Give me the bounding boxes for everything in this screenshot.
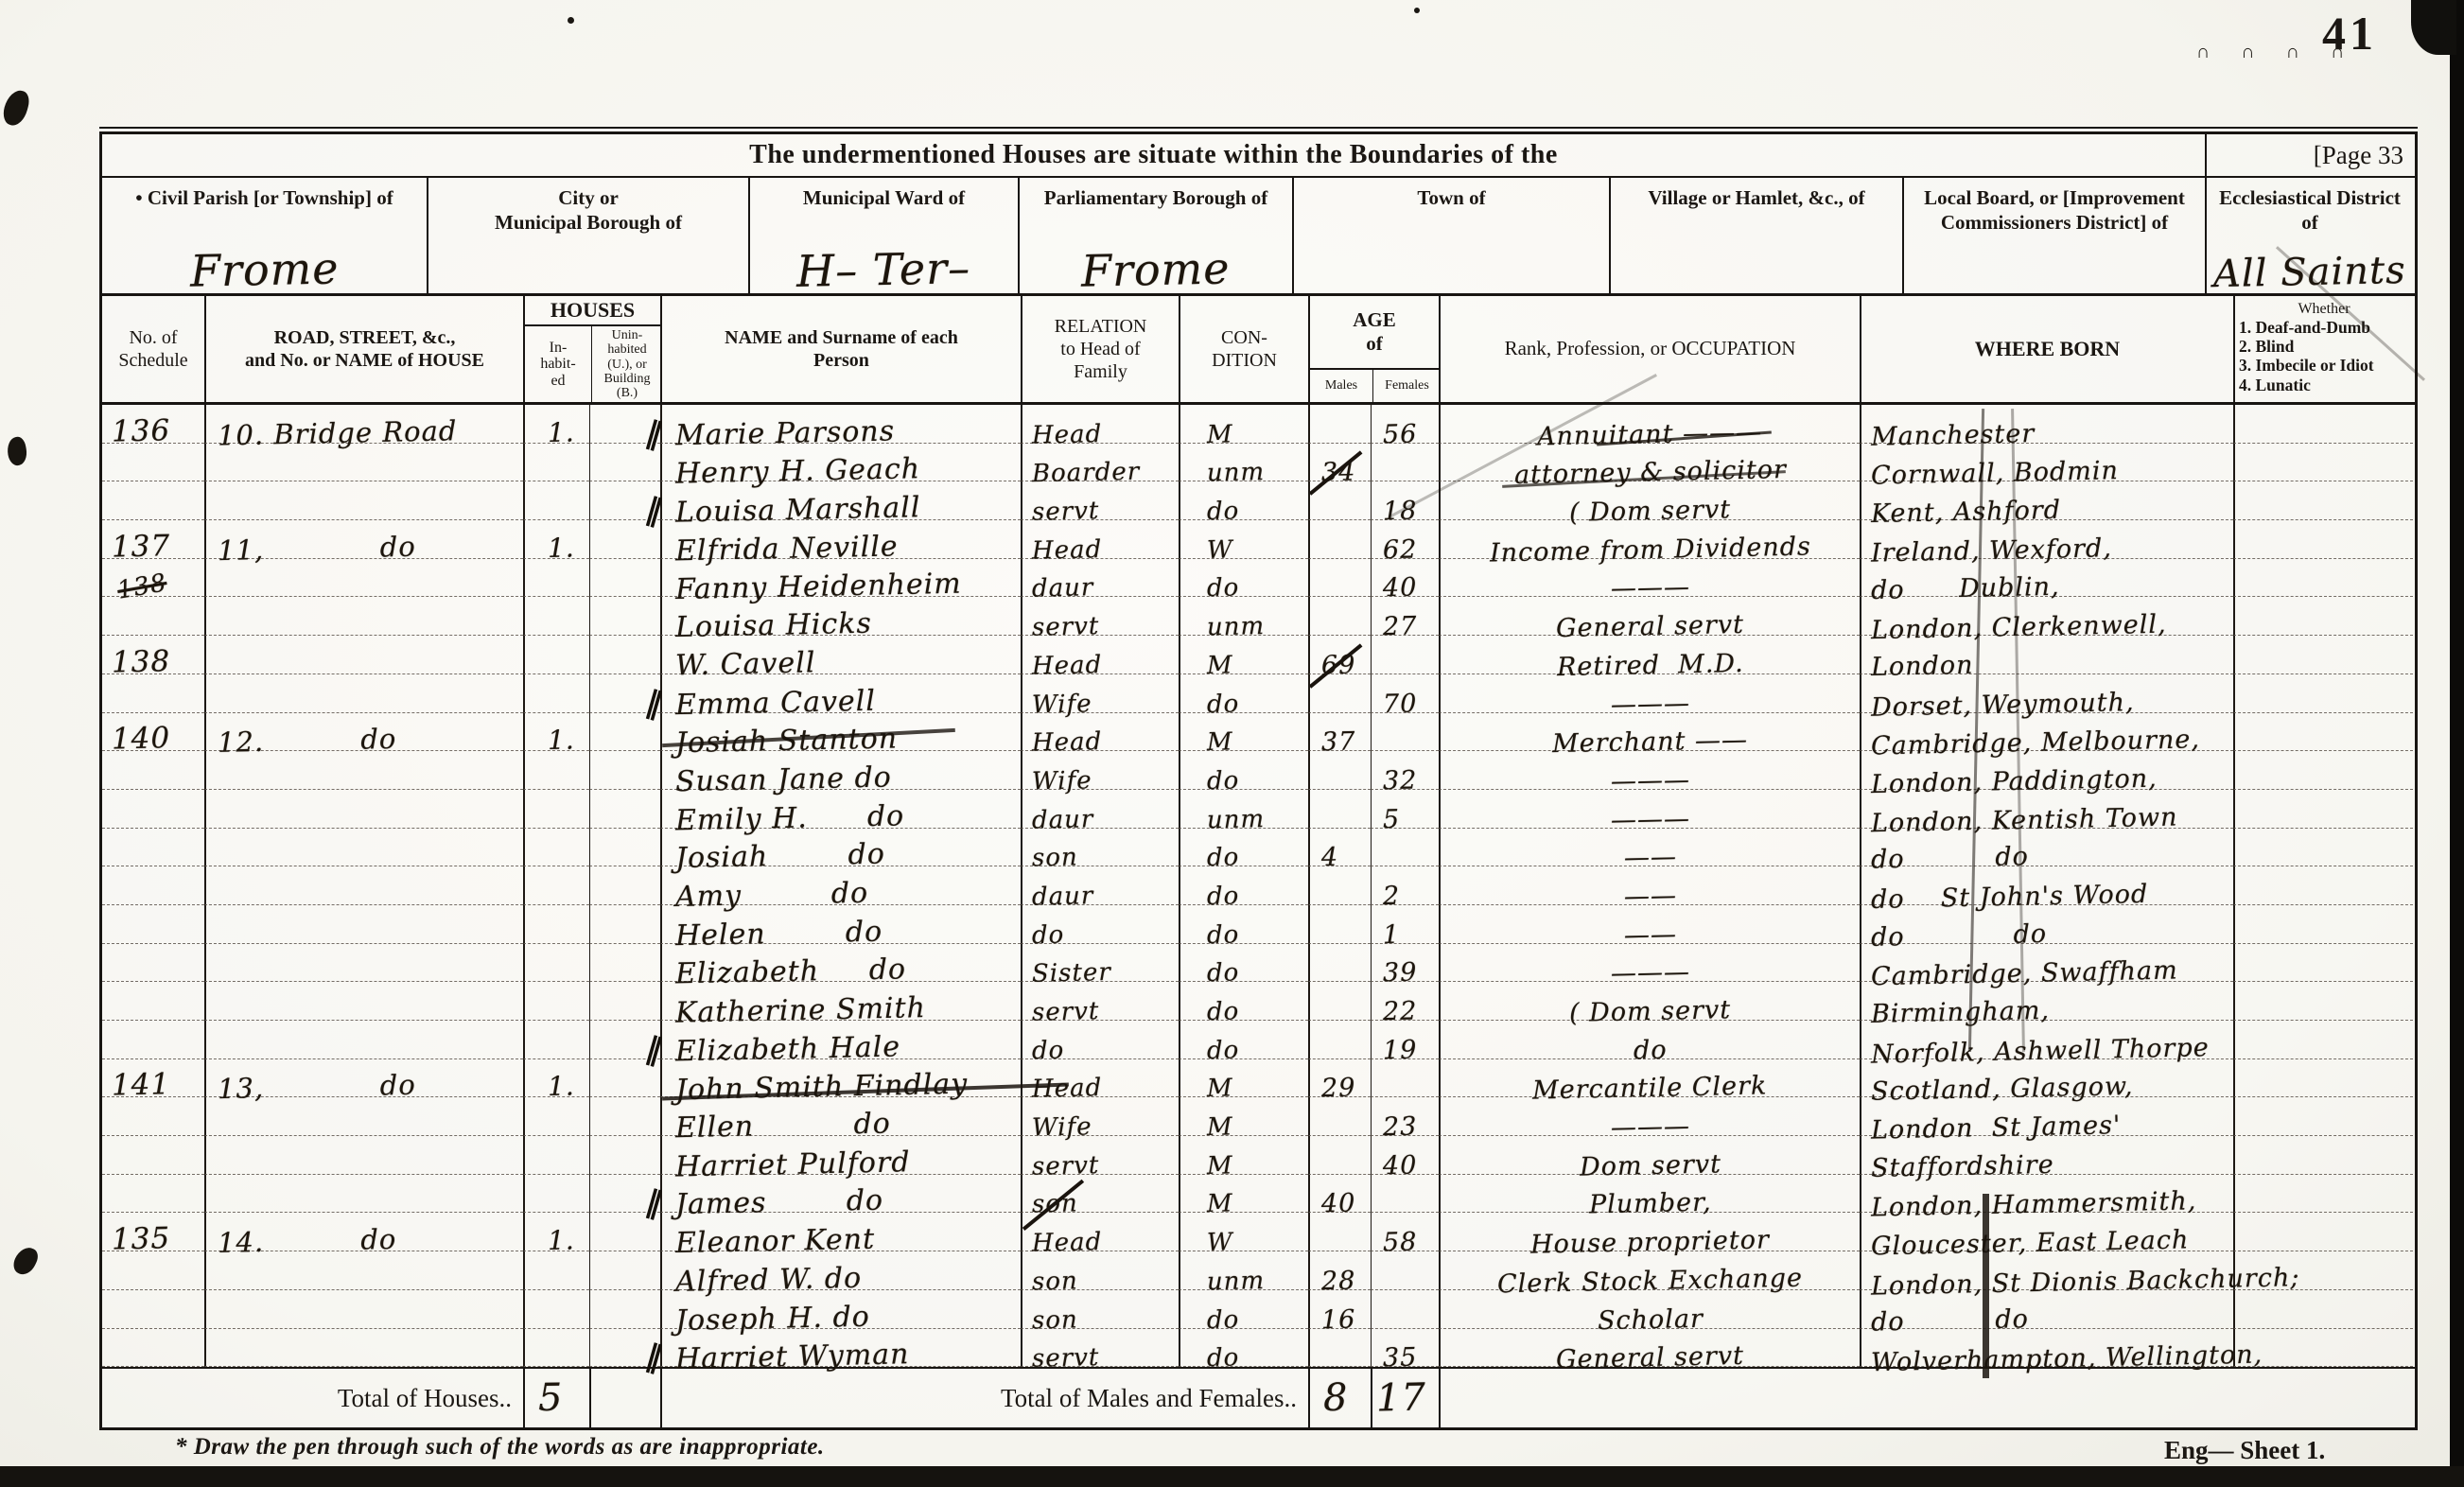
cell-occupation: House proprietor <box>1439 1213 1860 1251</box>
cell-born: Cambridge, Melbourne, <box>1860 713 2233 752</box>
cell-schedule: 135 <box>102 1213 204 1251</box>
cell-infirmity <box>2233 481 2413 520</box>
cell-infirmity <box>2233 1251 2413 1290</box>
cell-born: do St John's Wood <box>1860 866 2233 905</box>
cell-inhabited <box>523 481 589 520</box>
colhead-uninhabited: Unin- habited (U.), or Building (B.) <box>591 326 662 402</box>
scan-speck <box>1414 8 1420 13</box>
cell-schedule <box>102 597 204 636</box>
colhead-occupation: Rank, Profession, or OCCUPATION <box>1439 296 1860 402</box>
cell-age-female: 70 <box>1371 674 1439 713</box>
cell-occupation: Dom servt <box>1439 1136 1860 1175</box>
table-row: 141 13, do 1. John Smith Findlay Head M … <box>102 1059 2415 1098</box>
cell-condition: do <box>1179 751 1308 790</box>
cell-occupation: Plumber, <box>1439 1175 1860 1214</box>
cell-schedule: 140 <box>102 713 204 752</box>
page-label: [Page 33 <box>2205 134 2413 176</box>
cell-inhabited <box>523 790 589 829</box>
cell-age-female: 40 <box>1371 1136 1439 1175</box>
cell-inhabited <box>523 1329 589 1368</box>
cell-age-female: 39 <box>1371 944 1439 983</box>
cell-condition: do <box>1179 481 1308 520</box>
field-label: Town of <box>1294 185 1609 210</box>
infirmity-item: 4. Lunatic <box>2239 376 2311 394</box>
cell-uninhabited <box>589 1251 660 1290</box>
cell-inhabited: 1. <box>523 1213 589 1251</box>
cell-condition: do <box>1179 905 1308 944</box>
cell-age-female <box>1371 1059 1439 1098</box>
cell-occupation: —— <box>1439 866 1860 905</box>
column-headers: No. of Schedule ROAD, STREET, &c., and N… <box>102 296 2415 405</box>
cell-age-male <box>1308 674 1371 713</box>
cell-born: do do <box>1860 905 2233 944</box>
cell-born: Staffordshire <box>1860 1136 2233 1175</box>
totals-rest <box>1439 1369 2413 1427</box>
cell-name: Harriet Pulford <box>660 1136 1021 1175</box>
cell-infirmity <box>2233 829 2413 867</box>
cell-age-male <box>1308 1329 1371 1368</box>
cell-age-female: 32 <box>1371 751 1439 790</box>
total-mf-label: Total of Males and Females.. <box>660 1369 1308 1427</box>
cell-age-male <box>1308 790 1371 829</box>
table-row: Louisa Hicks servt unm 27 General servt … <box>102 597 2415 636</box>
cell-condition: M <box>1179 1175 1308 1214</box>
cell-name: Henry H. Geach <box>660 444 1021 482</box>
cell-road <box>204 982 523 1021</box>
cell-road <box>204 1251 523 1290</box>
cell-relation: Sister <box>1021 944 1179 983</box>
cell-road <box>204 559 523 598</box>
table-row: Henry H. Geach Boarder unm 34 attorney &… <box>102 444 2415 482</box>
cell-inhabited <box>523 1251 589 1290</box>
field-label: Village or Hamlet, &c., of <box>1611 185 1902 210</box>
cell-infirmity <box>2233 1136 2413 1175</box>
cell-age-female: 22 <box>1371 982 1439 1021</box>
table-row: 138 Fanny Heidenheim daur do 40 ——— do D… <box>102 559 2415 598</box>
cell-age-female <box>1371 1251 1439 1290</box>
total-males-value: 8 <box>1308 1369 1371 1427</box>
cell-age-female: 27 <box>1371 597 1439 636</box>
cell-infirmity <box>2233 982 2413 1021</box>
colhead-condition: CON- DITION <box>1179 296 1308 402</box>
table-row: Ellen do Wife M 23 ——— London St James' <box>102 1097 2415 1136</box>
schedule-number: 141 <box>102 1071 171 1102</box>
table-row: Harriet Pulford servt M 40 Dom servt Sta… <box>102 1136 2415 1175</box>
cell-road <box>204 829 523 867</box>
table-row: 137 11, do 1. Elfrida Neville Head W 62 … <box>102 520 2415 559</box>
cell-uninhabited <box>589 905 660 944</box>
cell-road: 12. do <box>204 713 523 752</box>
cell-schedule <box>102 829 204 867</box>
cell-age-male: 28 <box>1308 1251 1371 1290</box>
cell-condition: do <box>1179 944 1308 983</box>
handwritten-ecclesiastical-district: All Saints <box>2213 252 2406 293</box>
field-label: Ecclesiastical District of <box>2207 185 2413 236</box>
cell-born: Scotland, Glasgow, <box>1860 1059 2233 1098</box>
cell-born: do Dublin, <box>1860 559 2233 598</box>
cell-name: ∥Marie Parsons <box>660 405 1021 444</box>
field-label: Municipal Ward of <box>750 185 1018 210</box>
table-row: ∥Emma Cavell Wife do 70 ——— Dorset, Weym… <box>102 674 2415 713</box>
cell-name: ∥Elizabeth Hale <box>660 1021 1021 1059</box>
cell-age-male: 16 <box>1308 1290 1371 1329</box>
schedule-number: 137 <box>102 532 171 563</box>
cell-relation: Head <box>1021 520 1179 559</box>
cell-schedule: 141 <box>102 1059 204 1098</box>
table-row: Amy do daur do 2 —— do St John's Wood <box>102 866 2415 905</box>
ink-blot <box>10 1244 42 1278</box>
cell-born: Cambridge, Swaffham <box>1860 944 2233 983</box>
cell-schedule <box>102 866 204 905</box>
cell-age-male: 29 <box>1308 1059 1371 1098</box>
cell-condition: do <box>1179 866 1308 905</box>
cell-relation: daur <box>1021 790 1179 829</box>
cell-age-male <box>1308 866 1371 905</box>
infirmity-item: 2. Blind <box>2239 337 2294 356</box>
cell-age-female <box>1371 1175 1439 1214</box>
cell-age-male <box>1308 1097 1371 1136</box>
cell-inhabited <box>523 597 589 636</box>
cell-condition: unm <box>1179 597 1308 636</box>
table-row: 136 10. Bridge Road 1. ∥Marie Parsons He… <box>102 405 2415 444</box>
cell-age-female: 1 <box>1371 905 1439 944</box>
cell-road <box>204 790 523 829</box>
cell-road <box>204 597 523 636</box>
schedule-number: 140 <box>102 724 171 755</box>
schedule-number: 135 <box>102 1224 171 1255</box>
table-row: 138 W. Cavell Head M 69 Retired M.D. Lon… <box>102 636 2415 674</box>
cell-inhabited: 1. <box>523 713 589 752</box>
cell-name: ∥James do <box>660 1175 1021 1214</box>
cell-inhabited: 1. <box>523 1059 589 1098</box>
colhead-females: Females <box>1372 370 1441 402</box>
cell-age-female: 18 <box>1371 481 1439 520</box>
field-village: Village or Hamlet, &c., of <box>1609 178 1902 293</box>
cell-road <box>204 866 523 905</box>
cell-relation: Wife <box>1021 1097 1179 1136</box>
cell-name: Amy do <box>660 866 1021 905</box>
cell-born: Wolverhampton, Wellington, <box>1860 1329 2233 1368</box>
census-scan-page: 41 ∩ ∩ ∩ ∩ The undermentioned Houses are… <box>0 0 2464 1487</box>
cell-relation: son <box>1021 1290 1179 1329</box>
cell-uninhabited <box>589 713 660 752</box>
cell-schedule <box>102 481 204 520</box>
cell-age-male <box>1308 944 1371 983</box>
cell-inhabited <box>523 866 589 905</box>
colhead-inhabited: In- habit- ed <box>525 326 591 402</box>
relation: servt <box>1022 1345 1100 1372</box>
infirmity-title: Whether <box>2239 300 2409 318</box>
field-local-board: Local Board, or [Improvement Commissione… <box>1902 178 2205 293</box>
table-row: Katherine Smith servt do 22 ( Dom servt … <box>102 982 2415 1021</box>
cell-condition: do <box>1179 982 1308 1021</box>
infirmity-item: 3. Imbecile or Idiot <box>2239 356 2374 375</box>
cell-road <box>204 636 523 674</box>
cell-infirmity <box>2233 559 2413 598</box>
cell-relation: son <box>1021 1251 1179 1290</box>
cell-condition: do <box>1179 674 1308 713</box>
cell-infirmity <box>2233 520 2413 559</box>
cell-age-female: 58 <box>1371 1213 1439 1251</box>
cell-inhabited <box>523 444 589 482</box>
cell-infirmity <box>2233 444 2413 482</box>
cell-schedule: 136 <box>102 405 204 444</box>
cell-condition: W <box>1179 520 1308 559</box>
cell-occupation: General servt <box>1439 1329 1860 1368</box>
cell-inhabited <box>523 982 589 1021</box>
cell-name: Joseph H. do <box>660 1290 1021 1329</box>
cell-infirmity <box>2233 713 2413 752</box>
cell-age-male <box>1308 520 1371 559</box>
pen-stroke <box>1983 1194 1989 1378</box>
field-municipal-ward: Municipal Ward of H– Ter– <box>748 178 1018 293</box>
scan-speck <box>568 17 574 24</box>
cell-inhabited <box>523 1290 589 1329</box>
cell-age-male <box>1308 481 1371 520</box>
cell-occupation: Scholar <box>1439 1290 1860 1329</box>
cell-age-female: 40 <box>1371 559 1439 598</box>
cell-age-female <box>1371 444 1439 482</box>
table-row: Josiah do son do 4 —— do do <box>102 829 2415 867</box>
cell-road: 13, do <box>204 1059 523 1098</box>
cell-born: do do <box>1860 1290 2233 1329</box>
cell-schedule: 137 <box>102 520 204 559</box>
cell-born: London <box>1860 636 2233 674</box>
cell-age-female <box>1371 1290 1439 1329</box>
cell-occupation: Income from Dividends <box>1439 520 1860 559</box>
cell-born: London, Kentish Town <box>1860 790 2233 829</box>
colhead-age: AGE of Males Females <box>1308 296 1439 402</box>
cell-born: London, Clerkenwell, <box>1860 597 2233 636</box>
cell-uninhabited <box>589 866 660 905</box>
totals-row: Total of Houses.. 5 Total of Males and F… <box>102 1367 2415 1427</box>
cell-road <box>204 1175 523 1214</box>
cell-condition: M <box>1179 1059 1308 1098</box>
cell-infirmity <box>2233 1021 2413 1059</box>
cell-age-male <box>1308 905 1371 944</box>
cell-born: London, Hammersmith, <box>1860 1175 2233 1214</box>
cell-inhabited <box>523 1021 589 1059</box>
cell-born: Gloucester, East Leach <box>1860 1213 2233 1251</box>
cell-road <box>204 944 523 983</box>
cell-road <box>204 444 523 482</box>
handwritten-municipal-ward: H– Ter– <box>796 246 971 293</box>
cell-relation: son <box>1021 1175 1179 1214</box>
cell-uninhabited <box>589 751 660 790</box>
colhead-infirmity: Whether 1. Deaf-and-Dumb 2. Blind 3. Imb… <box>2233 296 2413 402</box>
cell-name: Katherine Smith <box>660 982 1021 1021</box>
cell-inhabited <box>523 1097 589 1136</box>
cell-relation: servt <box>1021 1329 1179 1368</box>
table-row: ∥James do son M 40 Plumber, London, Hamm… <box>102 1175 2415 1214</box>
houses-group-title: HOUSES <box>525 296 660 326</box>
cell-schedule <box>102 1097 204 1136</box>
colhead-name: NAME and Surname of each Person <box>660 296 1021 402</box>
table-row: Elizabeth do Sister do 39 ——— Cambridge,… <box>102 944 2415 983</box>
field-label: Parliamentary Borough of <box>1020 185 1292 210</box>
cell-schedule <box>102 1290 204 1329</box>
colhead-schedule: No. of Schedule <box>102 296 204 402</box>
cell-name: Helen do <box>660 905 1021 944</box>
cell-schedule <box>102 790 204 829</box>
total-houses-label: Total of Houses.. <box>102 1369 523 1427</box>
cell-condition: do <box>1179 1329 1308 1368</box>
cell-road: 11, do <box>204 520 523 559</box>
table-row: Alfred W. do son unm 28 Clerk Stock Exch… <box>102 1251 2415 1290</box>
cell-age-female: 5 <box>1371 790 1439 829</box>
table-row: Joseph H. do son do 16 Scholar do do <box>102 1290 2415 1329</box>
cell-name: Alfred W. do <box>660 1251 1021 1290</box>
cell-condition: M <box>1179 1097 1308 1136</box>
cell-relation: Wife <box>1021 674 1179 713</box>
cell-relation: servt <box>1021 597 1179 636</box>
cell-occupation: ( Dom servt <box>1439 982 1860 1021</box>
cell-occupation: ——— <box>1439 674 1860 713</box>
table-row: Emily H. do daur unm 5 ——— London, Kenti… <box>102 790 2415 829</box>
cell-infirmity <box>2233 866 2413 905</box>
cell-uninhabited <box>589 597 660 636</box>
cell-inhabited: 1. <box>523 405 589 444</box>
cell-infirmity <box>2233 751 2413 790</box>
cell-road: 10. Bridge Road <box>204 405 523 444</box>
cell-age-male <box>1308 751 1371 790</box>
cell-occupation: —— <box>1439 829 1860 867</box>
cell-condition: unm <box>1179 444 1308 482</box>
cell-condition: do <box>1179 829 1308 867</box>
form-title: The undermentioned Houses are situate wi… <box>102 134 2205 176</box>
cell-born: London, Paddington, <box>1860 751 2233 790</box>
cell-schedule: 138 <box>102 636 204 674</box>
cell-name: Ellen do <box>660 1097 1021 1136</box>
cell-occupation: ——— <box>1439 790 1860 829</box>
field-town: Town of <box>1292 178 1609 293</box>
cell-occupation: Merchant —— <box>1439 713 1860 752</box>
colhead-where-born: WHERE BORN <box>1860 296 2233 402</box>
cell-name: Fanny Heidenheim <box>660 559 1021 598</box>
cell-born: Birmingham, <box>1860 982 2233 1021</box>
cell-condition: do <box>1179 559 1308 598</box>
cell-name: Susan Jane do <box>660 751 1021 790</box>
field-civil-parish: • Civil Parish [or Township] of Frome <box>102 178 427 293</box>
cell-inhabited <box>523 636 589 674</box>
cell-age-male <box>1308 1213 1371 1251</box>
cell-age-male: 37 <box>1308 713 1371 752</box>
cell-schedule <box>102 1021 204 1059</box>
cell-infirmity <box>2233 1290 2413 1329</box>
cell-road <box>204 674 523 713</box>
cell-road <box>204 481 523 520</box>
cell-name: W. Cavell <box>660 636 1021 674</box>
cell-relation: do <box>1021 905 1179 944</box>
handwritten-parliamentary-borough: Frome <box>1081 246 1231 292</box>
cell-uninhabited <box>589 444 660 482</box>
cell-road <box>204 1097 523 1136</box>
cell-relation: son <box>1021 829 1179 867</box>
cell-uninhabited <box>589 829 660 867</box>
cell-age-male: 4 <box>1308 829 1371 867</box>
totals-spacer <box>589 1369 660 1427</box>
table-body: 136 10. Bridge Road 1. ∥Marie Parsons He… <box>102 405 2415 1367</box>
cell-infirmity <box>2233 636 2413 674</box>
cell-infirmity <box>2233 597 2413 636</box>
cell-name: Louisa Hicks <box>660 597 1021 636</box>
cell-age-male: 34 <box>1308 444 1371 482</box>
cell-occupation: Clerk Stock Exchange <box>1439 1251 1860 1290</box>
cell-born: Dorset, Weymouth, <box>1860 674 2233 713</box>
cell-uninhabited <box>589 944 660 983</box>
cell-born: Norfolk, Ashwell Thorpe <box>1860 1021 2233 1059</box>
cell-road <box>204 1290 523 1329</box>
scan-edge-right <box>2450 0 2464 1487</box>
cell-uninhabited <box>589 1213 660 1251</box>
cell-condition: M <box>1179 1136 1308 1175</box>
cell-age-male <box>1308 597 1371 636</box>
cell-age-male: 40 <box>1308 1175 1371 1214</box>
cell-condition: do <box>1179 1290 1308 1329</box>
cell-age-male: 69 <box>1308 636 1371 674</box>
cell-schedule <box>102 751 204 790</box>
cell-relation: do <box>1021 1021 1179 1059</box>
cell-occupation: Retired M.D. <box>1439 636 1860 674</box>
table-row: 135 14. do 1. Eleanor Kent Head W 58 Hou… <box>102 1213 2415 1251</box>
field-municipal-borough: City or Municipal Borough of <box>427 178 748 293</box>
cell-infirmity <box>2233 790 2413 829</box>
cell-condition: W <box>1179 1213 1308 1251</box>
cell-born: Cornwall, Bodmin <box>1860 444 2233 482</box>
cell-relation: daur <box>1021 559 1179 598</box>
table-row: ∥Louisa Marshall servt do 18 ( Dom servt… <box>102 481 2415 520</box>
cell-infirmity <box>2233 905 2413 944</box>
cell-relation: Boarder <box>1021 444 1179 482</box>
cell-relation: Head <box>1021 1213 1179 1251</box>
cell-age-female: 56 <box>1371 405 1439 444</box>
colhead-houses: HOUSES In- habit- ed Unin- habited (U.),… <box>523 296 660 402</box>
cell-age-male <box>1308 982 1371 1021</box>
cell-relation: Wife <box>1021 751 1179 790</box>
cell-infirmity <box>2233 1059 2413 1098</box>
colhead-relation: RELATION to Head of Family <box>1021 296 1179 402</box>
cell-relation: Head <box>1021 405 1179 444</box>
cell-inhabited <box>523 905 589 944</box>
cell-name: Josiah Stanton <box>660 713 1021 752</box>
cell-relation: servt <box>1021 982 1179 1021</box>
cell-uninhabited <box>589 982 660 1021</box>
cell-name: Eleanor Kent <box>660 1213 1021 1251</box>
cell-schedule <box>102 944 204 983</box>
cell-age-male <box>1308 1136 1371 1175</box>
cell-relation: servt <box>1021 1136 1179 1175</box>
cell-uninhabited <box>589 636 660 674</box>
cell-uninhabited <box>589 1290 660 1329</box>
table-row: 140 12. do 1. Josiah Stanton Head M 37 M… <box>102 713 2415 752</box>
cell-occupation: attorney & solicitor <box>1439 444 1860 482</box>
cell-name: ∥Louisa Marshall <box>660 481 1021 520</box>
cell-relation: Head <box>1021 1059 1179 1098</box>
cell-inhabited <box>523 1136 589 1175</box>
census-form: The undermentioned Houses are situate wi… <box>99 131 2418 1430</box>
cell-inhabited <box>523 1175 589 1214</box>
cell-infirmity <box>2233 405 2413 444</box>
cell-condition: unm <box>1179 1251 1308 1290</box>
cell-relation: Head <box>1021 636 1179 674</box>
cell-occupation: ——— <box>1439 1097 1860 1136</box>
cell-schedule <box>102 674 204 713</box>
cell-age-male <box>1308 405 1371 444</box>
cell-road <box>204 905 523 944</box>
colhead-males: Males <box>1310 370 1372 402</box>
cell-name: Elfrida Neville <box>660 520 1021 559</box>
cell-condition: unm <box>1179 790 1308 829</box>
